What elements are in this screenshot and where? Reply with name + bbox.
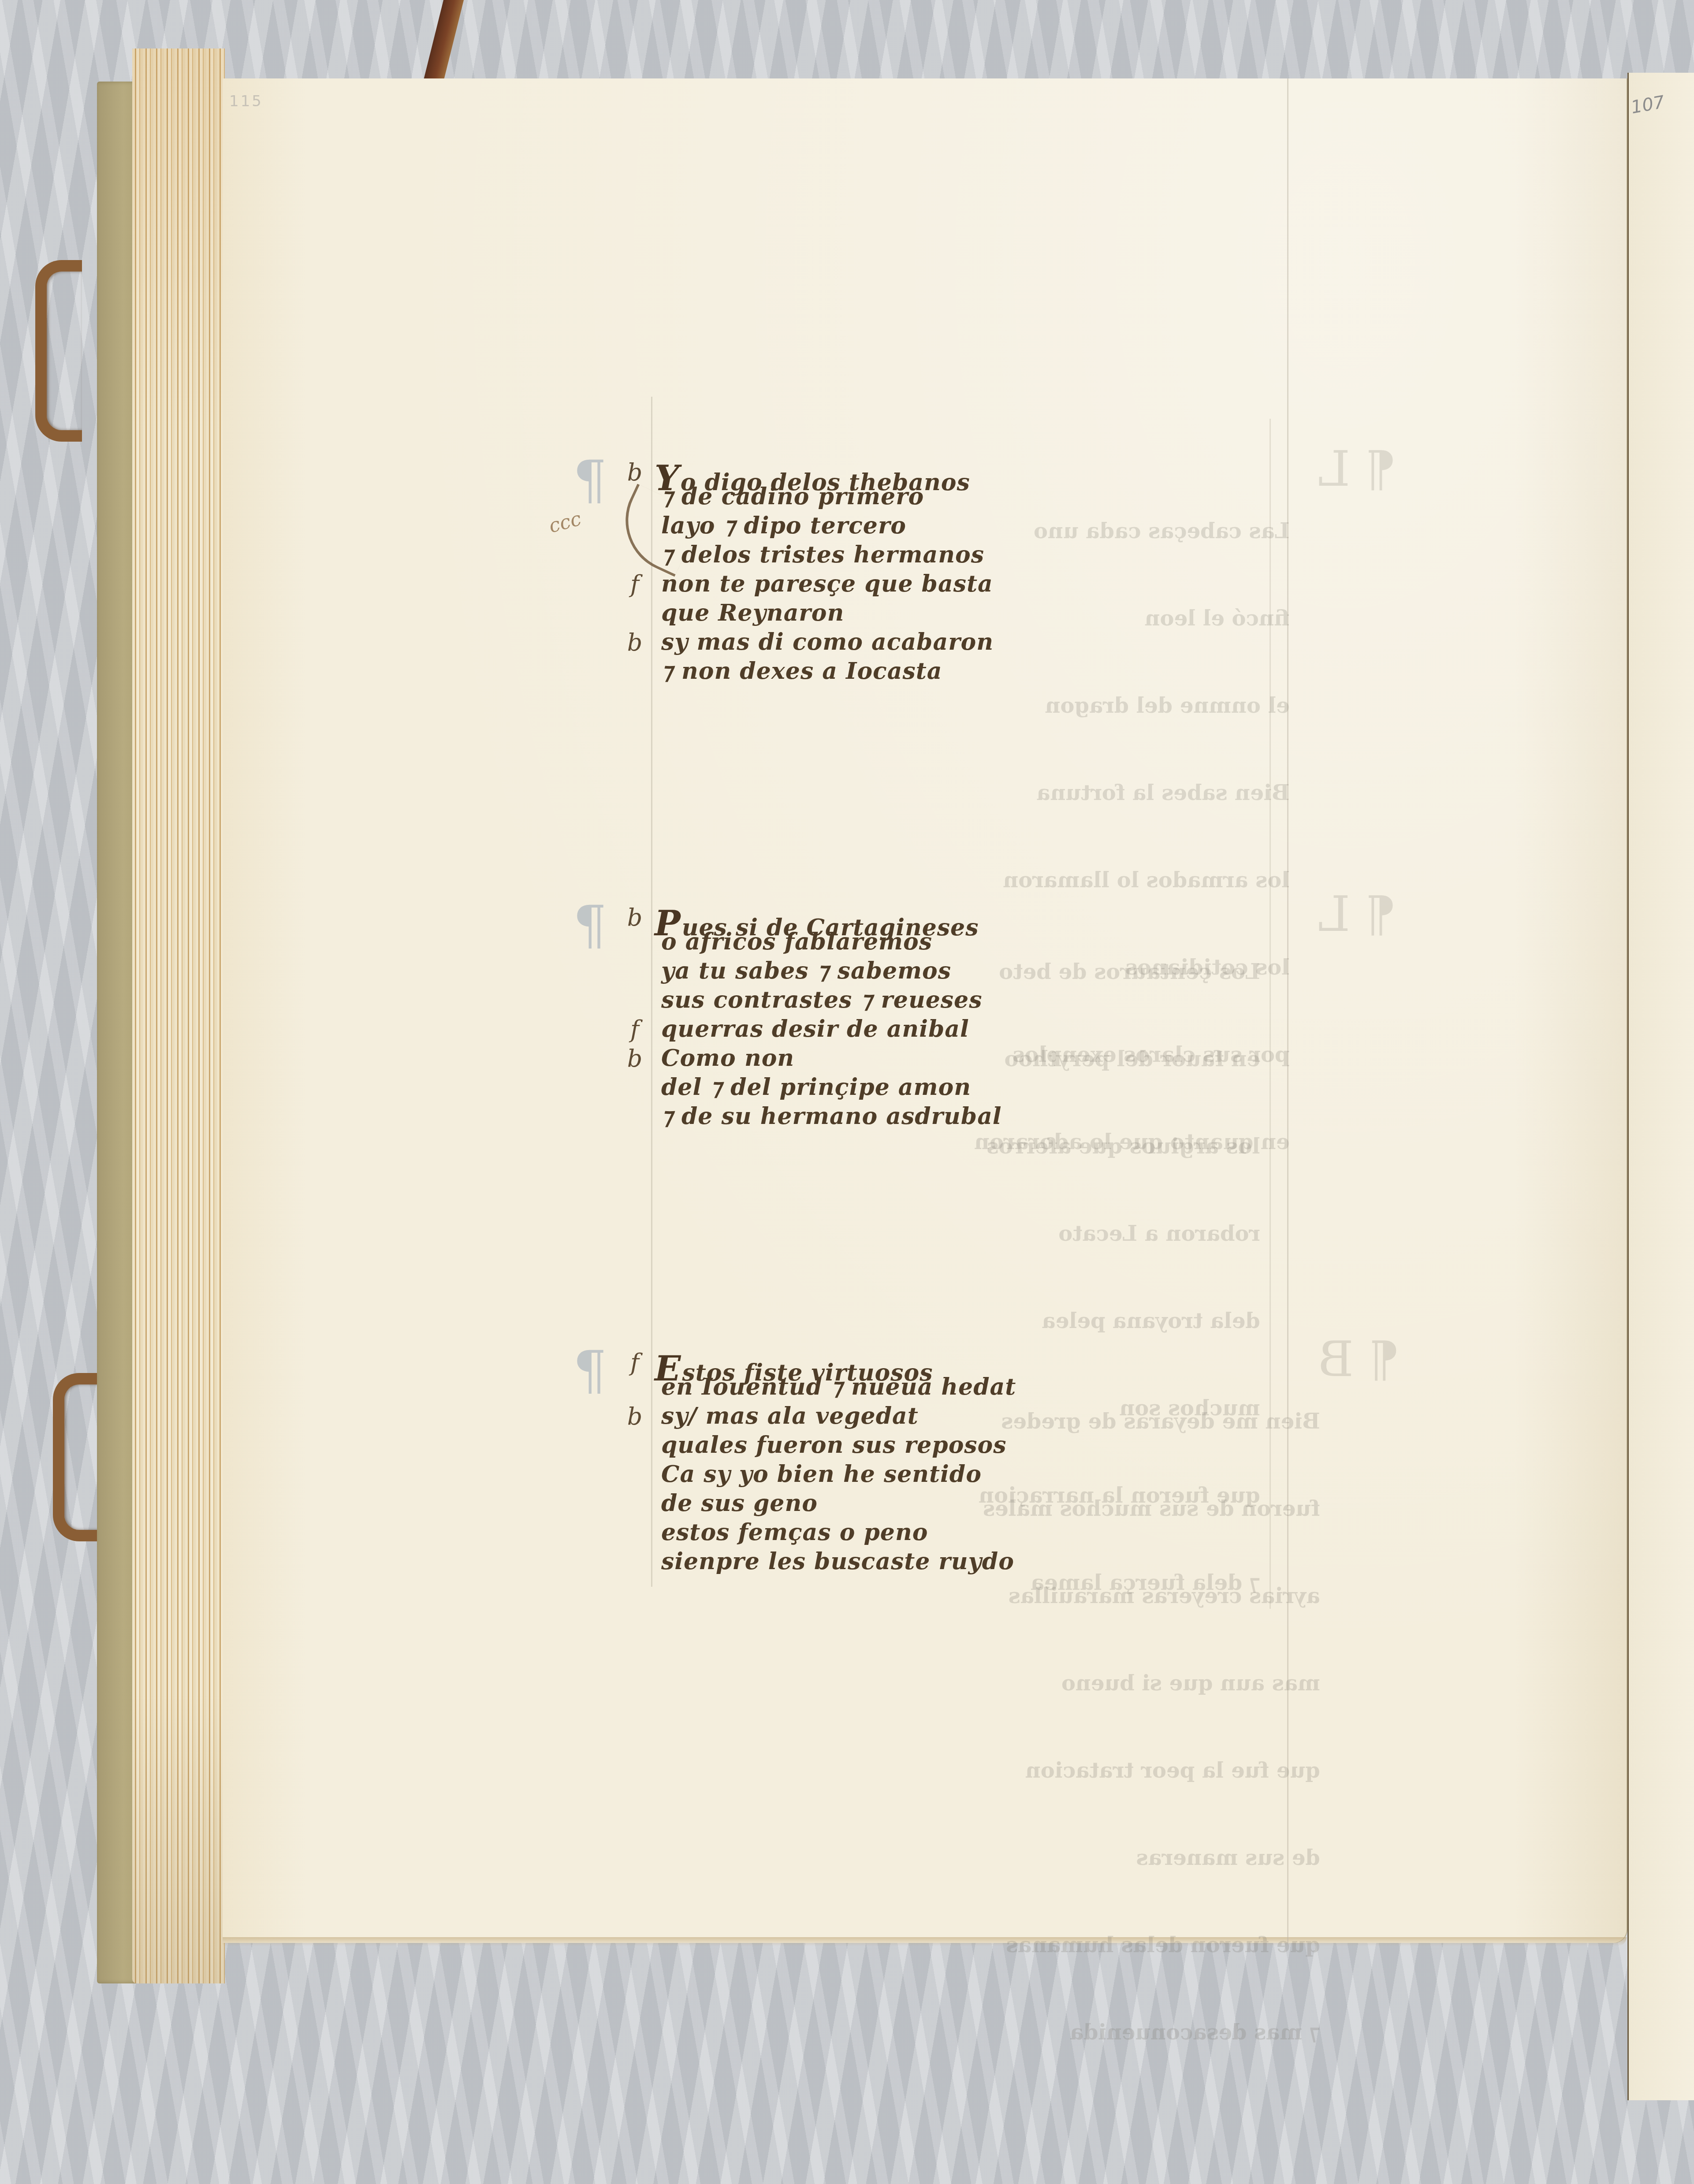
verse-text: layo ⁊ dipo tercero <box>661 512 906 539</box>
speaker-marker: b <box>624 629 646 656</box>
verse-text: sus contrastes ⁊ reueses <box>661 986 982 1013</box>
verse-text: ⁊ de su hermano asdrubal <box>661 1103 1002 1130</box>
show-through-line: los argiuos que aferros <box>979 1132 1260 1161</box>
speaker-marker: f <box>624 570 646 598</box>
show-through-line: ⁊ mas desaconuenida <box>983 2018 1320 2047</box>
show-through-line: el onmne del dragon <box>974 691 1289 720</box>
verse-text: sy/ mas ala vegedat <box>661 1403 919 1429</box>
speaker-marker: b <box>624 458 646 486</box>
show-through-line: fueron de sus muchos males <box>983 1494 1320 1523</box>
show-through-pilcrow: ¶ L <box>1318 886 1396 942</box>
verse-text: Ca sy yo bien he sentido <box>661 1461 982 1488</box>
verse-text: del ⁊ del prinçipe amon <box>661 1074 971 1101</box>
speaker-marker: f <box>624 1349 646 1377</box>
show-through-line: que fueron delas humanas <box>983 1931 1320 1960</box>
verse-text: estos femças o peno <box>661 1519 928 1546</box>
speaker-marker: b <box>624 1403 646 1430</box>
pilcrow-icon: ¶ <box>573 1344 607 1397</box>
speaker-marker: b <box>624 1045 646 1072</box>
folio-number: 115 <box>229 93 263 110</box>
verse-text: de sus geno <box>661 1490 818 1517</box>
verse-text: o africos fablaremos <box>661 928 932 955</box>
show-through-pilcrow: ¶ L <box>1318 441 1396 497</box>
verse-text: non te paresçe que basta <box>661 570 993 597</box>
show-through-line: mas aun que si bueno <box>983 1669 1320 1698</box>
show-through-pilcrow: ¶ B <box>1318 1331 1400 1388</box>
page-block-edges <box>132 48 225 1983</box>
show-through-block-3: Bien me deyaras de gredes fueron de sus … <box>983 1349 1320 2105</box>
verse-text: quales fueron sus reposos <box>661 1432 1007 1458</box>
page-bottom-edge <box>223 1937 1627 1946</box>
show-through-line: Bien sabes la fortuna <box>974 778 1289 807</box>
verse-text: que Reynaron <box>661 599 844 626</box>
show-through-line: Los çentauros de beto <box>979 957 1260 986</box>
speaker-marker: b <box>624 904 646 931</box>
show-through-line: Las cabeças cada uno <box>974 517 1289 546</box>
leather-tie-upper <box>35 260 82 442</box>
verse-text: ya tu sabes ⁊ sabemos <box>661 957 951 984</box>
show-through-line: que fue la peor tratacion <box>983 1756 1320 1785</box>
show-through-line: ayrias creyeras marauillas <box>983 1581 1320 1611</box>
pilcrow-icon: ¶ <box>573 899 607 952</box>
bookmark-ribbon <box>423 0 464 82</box>
verse-text: ⁊ non dexes a Iocasta <box>661 658 942 685</box>
verse-text: ⁊ de cadino primero <box>661 483 924 510</box>
show-through-line: Bien me deyaras de gredes <box>983 1407 1320 1436</box>
verse-text: ⁊ delos tristes hermanos <box>661 541 984 568</box>
facing-page-sliver <box>1627 73 1694 2100</box>
verse-text: en Iouentud ⁊ nueua hedat <box>661 1373 1016 1400</box>
show-through-line: dela troyana pelea <box>979 1306 1260 1336</box>
show-through-line: fincó el leon <box>974 604 1289 633</box>
show-through-line: en fauor del perythoo <box>979 1045 1260 1074</box>
ruling-line-left <box>651 397 652 1587</box>
show-through-line: los armados lo llamaron <box>974 866 1289 895</box>
speaker-marker: f <box>624 1016 646 1043</box>
pilcrow-icon: ¶ <box>573 454 607 507</box>
verse-text: sy mas di como acabaron <box>661 629 994 655</box>
verse-text: Como non <box>661 1045 794 1072</box>
manuscript-scan: 107 115 ¶ L Las cabeças cada uno fincó e… <box>0 0 1694 2184</box>
show-through-line: de sus maneras <box>983 1843 1320 1872</box>
show-through-line: robaron a Lecato <box>979 1219 1260 1248</box>
verse-text: querras desir de anibal <box>661 1016 969 1042</box>
verse-text: sienpre les buscaste ruydo <box>661 1548 1014 1575</box>
leather-tie-lower <box>53 1373 100 1541</box>
